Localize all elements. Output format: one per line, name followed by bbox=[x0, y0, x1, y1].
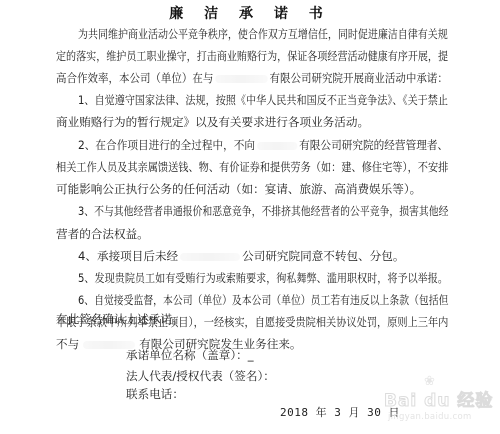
clause-3-line-2: 营者的合法权益。 bbox=[56, 227, 149, 241]
line-text-pre: 4、承接项目后未经 bbox=[78, 249, 178, 263]
signature-phone-label: 联系电话： bbox=[126, 387, 184, 401]
watermark-brand: Bai du 经验 bbox=[384, 386, 493, 411]
line-text-pre: 不与 bbox=[56, 337, 79, 351]
paragraph-intro-line-3: 高合作效率，本公司（单位）在与有限公司研究院开展商业活动中承诺： bbox=[56, 71, 448, 85]
redacted-company-name bbox=[215, 75, 267, 83]
clause-1-line-1: 1、自觉遵守国家法律、法规，按照《中华人民共和国反不正当竞争法》、《关于禁止 bbox=[78, 93, 448, 107]
confirmation-line: 在此签名确认上述承诺。 bbox=[56, 312, 184, 326]
baidu-jingyan-watermark: ❀ Bai du 经验 jingyan.baidu.com bbox=[384, 378, 494, 428]
signature-representative-label: 法人代表/授权代表（签名）： bbox=[126, 369, 275, 383]
clause-2-line-3: 可能影响公正执行公务的任何活动（如：宴请、旅游、高消费娱乐等）。 bbox=[56, 182, 421, 196]
watermark-url: jingyan.baidu.com bbox=[388, 412, 472, 422]
line-text-pre: 高合作效率，本公司（单位）在与 bbox=[56, 71, 213, 85]
clause-4-line-1: 4、承接项目后未经公司研究院同意不转包、分包。 bbox=[78, 249, 404, 263]
paragraph-intro-line-1: 为共同维护商业活动公平竞争秩序，使合作双方互增信任，同时促进廉洁自律有关规 bbox=[78, 27, 448, 41]
clause-2-line-2: 相关工作人员及其亲属馈送钱、物、有价证券和提供劳务（如：建、修住宅等），不安排 bbox=[56, 160, 448, 174]
line-text-pre: 2、在合作项目进行的全过程中，不向 bbox=[78, 138, 255, 152]
clause-6-line-1: 6、自觉接受监督，本公司（单位）及本公司（单位）员工若有违反以上条款（包括但 bbox=[78, 293, 448, 307]
clause-2-line-1: 2、在合作项目进行的全过程中，不向有限公司研究院的经营管理者、 bbox=[78, 138, 448, 152]
line-text-post: 有限公司研究院开展商业活动中承诺： bbox=[270, 71, 448, 85]
clause-3-line-1: 3、不与其他经营者串通报价和恶意竞争，不排挤其他经营者的公平竞争，损害其他经 bbox=[78, 204, 448, 218]
line-text-post: 有限公司研究院的经营管理者、 bbox=[299, 138, 448, 152]
clause-5-line-1: 5、发现贵院员工如有受贿行为或索贿要求，徇私舞弊、滥用职权时，将予以举报。 bbox=[78, 271, 448, 285]
redacted-company-name bbox=[180, 253, 240, 261]
document-title: 廉 洁 承 诺 书 bbox=[0, 3, 500, 23]
paragraph-intro-line-2: 定的落实，维护员工职业操守，打击商业贿赂行为，保证各项经营活动健康有序开展，提 bbox=[56, 49, 448, 63]
clause-1-line-2: 商业贿赂行为的暂行规定》以及有关要求进行各项业务活动。 bbox=[56, 115, 369, 129]
signing-date: 2018 年 3 月 30 日 bbox=[280, 404, 400, 420]
redacted-company-name bbox=[257, 142, 297, 150]
line-text-post: 公司研究院同意不转包、分包。 bbox=[242, 249, 404, 263]
signature-company-label-display: 承诺单位名称（盖章）：_ bbox=[126, 348, 254, 362]
